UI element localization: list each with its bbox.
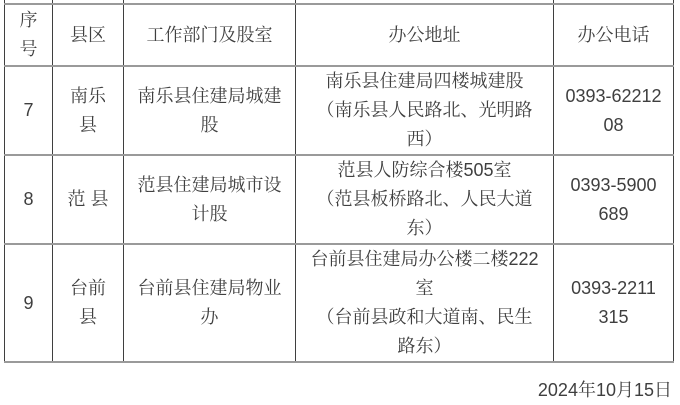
cell-department: 台前县住建局物业 办 <box>124 244 296 362</box>
notice-date: 2024年10月15日 <box>0 376 672 402</box>
table-row: 9 台前 县 台前县住建局物业 办 台前县住建局办公楼二楼222 室 （台前县政… <box>5 244 674 362</box>
cell-phone: 0393-62212 08 <box>554 66 674 155</box>
col-header-county: 县区 <box>53 4 124 66</box>
table-row: 8 范 县 范县住建局城市设 计股 范县人防综合楼505室 （范县板桥路北、人民… <box>5 155 674 244</box>
cell-county: 范 县 <box>53 155 124 244</box>
cell-county: 南乐 县 <box>53 66 124 155</box>
cell-department: 南乐县住建局城建 股 <box>124 66 296 155</box>
cell-address: 南乐县住建局四楼城建股 （南乐县人民路北、光明路 西） <box>296 66 554 155</box>
cell-department: 范县住建局城市设 计股 <box>124 155 296 244</box>
table-row: 7 南乐 县 南乐县住建局城建 股 南乐县住建局四楼城建股 （南乐县人民路北、光… <box>5 66 674 155</box>
cell-phone: 0393-2211 315 <box>554 244 674 362</box>
col-header-seq: 序 号 <box>5 4 53 66</box>
cell-seq: 9 <box>5 244 53 362</box>
header-row: 序 号 县区 工作部门及股室 办公地址 办公电话 <box>5 4 674 66</box>
cell-seq: 7 <box>5 66 53 155</box>
cell-address: 台前县住建局办公楼二楼222 室 （台前县政和大道南、民生 路东） <box>296 244 554 362</box>
cell-seq: 8 <box>5 155 53 244</box>
office-contact-table: 序 号 县区 工作部门及股室 办公地址 办公电话 7 南乐 县 南乐县住建局城建… <box>4 0 674 363</box>
col-header-department: 工作部门及股室 <box>124 4 296 66</box>
cell-phone: 0393-5900 689 <box>554 155 674 244</box>
col-header-phone: 办公电话 <box>554 4 674 66</box>
col-header-address: 办公地址 <box>296 4 554 66</box>
cell-county: 台前 县 <box>53 244 124 362</box>
cell-address: 范县人防综合楼505室 （范县板桥路北、人民大道 东） <box>296 155 554 244</box>
